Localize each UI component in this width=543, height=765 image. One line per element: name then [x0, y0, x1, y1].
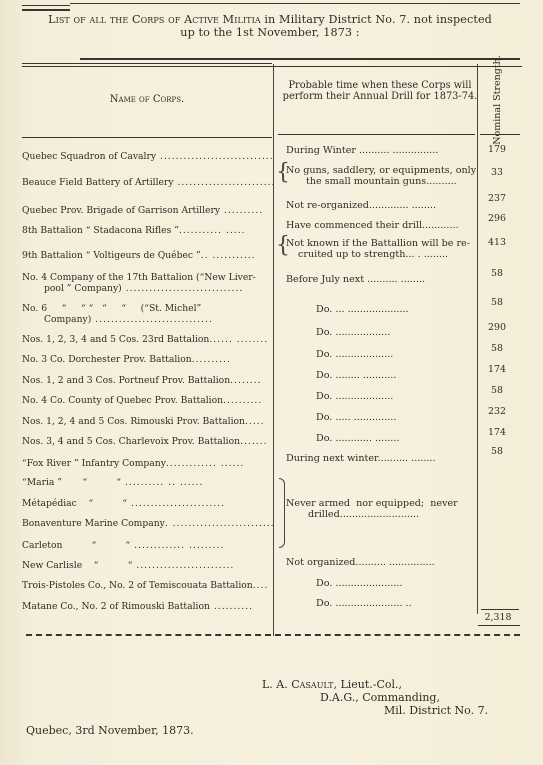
table-row-strength: 58 — [480, 446, 514, 457]
place-and-date: Quebec, 3rd November, 1873. — [26, 724, 194, 737]
table-bottom-rule — [26, 634, 520, 636]
table-row-name: Métapédiac “ “ ........................ — [22, 498, 274, 509]
header-bottom-rule — [480, 134, 520, 135]
table-row-strength: 58 — [480, 385, 514, 396]
table-row-strength: 290 — [480, 322, 514, 333]
header-nominal-strength: Nominal Strength. — [478, 64, 518, 136]
table-row-time: During next winter.......... ........ — [286, 453, 476, 464]
table-row-name: pool ” Company) ........................… — [22, 283, 274, 294]
table-row-name: Nos. 1, 2, 4 and 5 Cos. Rimouski Prov. B… — [22, 416, 274, 427]
table-row-time: Have commenced their drill............ — [286, 220, 476, 231]
table-row-time: During Winter .......... ............... — [286, 145, 476, 156]
table-row-name: Nos. 1, 2 and 3 Cos. Portneuf Prov. Batt… — [22, 375, 274, 386]
table-row-time: Not re-organized............. ........ — [286, 200, 476, 211]
table-row-strength: 174 — [480, 364, 514, 375]
table-row-time: Do. ................... — [286, 391, 476, 402]
table-row-name: Bonaventure Marine Company. ............… — [22, 518, 274, 529]
table-row-strength: 232 — [480, 406, 514, 417]
table-row-time: Never armed nor equipped; never — [286, 498, 476, 509]
table-row-strength: 237 — [480, 193, 514, 204]
document-title: List of all the Corps of Active Militia … — [20, 13, 520, 39]
top-rule — [70, 3, 520, 4]
table-row-name: No. 3 Co. Dorchester Prov. Battalion....… — [22, 354, 274, 365]
table-row-name: “Fox River ” Infantry Company...........… — [22, 458, 274, 469]
header-top-rule — [22, 66, 522, 67]
top-rule — [22, 9, 70, 11]
header-top-rule — [22, 63, 272, 64]
table-row-name: No. 4 Co. County of Quebec Prov. Battali… — [22, 395, 274, 406]
table-row-name: Carleton “ “ ............. ......... — [22, 540, 274, 551]
table-row-name: Matane Co., No. 2 of Rimouski Battalion … — [22, 601, 274, 612]
title-line2: up to the 1st November, 1873 : — [180, 26, 359, 39]
table-row-time: Do. ..... .............. — [286, 412, 476, 423]
table-row-strength: 179 — [480, 144, 514, 155]
table-row-time: No guns, saddlery, or equipments, only — [286, 165, 476, 176]
table-row-strength: 58 — [480, 343, 514, 354]
table-row-name: Trois-Pistoles Co., No. 2 of Temiscouata… — [22, 580, 274, 591]
bracket — [279, 478, 285, 548]
top-rule — [22, 5, 70, 6]
table-row-strength: 296 — [480, 213, 514, 224]
table-row-strength: 413 — [480, 237, 514, 248]
table-row-name: Nos. 3, 4 and 5 Cos. Charlevoix Prov. Ba… — [22, 436, 274, 447]
table-row-name: Beauce Field Battery of Artillery ......… — [22, 177, 274, 188]
table-row-name: Quebec Prov. Brigade of Garrison Artille… — [22, 205, 274, 216]
table-row-time: Do. ... .................... — [286, 304, 476, 315]
table-row-time: Not organized.......... ............... — [286, 557, 476, 568]
table-row-name: Quebec Squadron of Cavalry .............… — [22, 151, 274, 162]
column-divider — [477, 64, 478, 614]
table-row-name: No. 6 “ “ “ “ “ (“St. Michel” — [22, 303, 274, 314]
total-rule — [478, 625, 520, 626]
total-rule — [481, 609, 519, 610]
table-row-strength: 174 — [480, 427, 514, 438]
table-row-time: Before July next .......... ........ — [286, 274, 476, 285]
table-row-name: Company) .............................. — [22, 314, 274, 325]
table-row-time: cruited up to strength... . ........ — [286, 249, 476, 260]
table-row-time: Not known if the Battallion will be re- — [286, 238, 476, 249]
header-bottom-rule — [22, 137, 272, 138]
table-row-name: No. 4 Company of the 17th Battalion (“Ne… — [22, 272, 274, 283]
table-row-name: 8th Battalion “ Stadacona Rifles ”......… — [22, 225, 274, 236]
table-row-name: 9th Battalion “ Voltigeurs de Québec ”..… — [22, 250, 274, 261]
signature-line1: L. A. Casault, Lieut.-Col., — [262, 678, 402, 691]
table-row-time: Do. ...................... .. — [286, 598, 476, 609]
table-row-time: Not organizedDo. ...................... — [286, 578, 476, 589]
table-row-time: Do. ................... — [286, 349, 476, 360]
header-probable-time: Probable time when these Corps will perf… — [282, 80, 478, 102]
table-row-name: New Carlisle “ “ .......................… — [22, 560, 274, 571]
table-row-time: Do. ........ ........... — [286, 370, 476, 381]
header-bottom-rule — [278, 134, 475, 135]
table-row-name: “Maria ” “ “ .......... .. ...... — [22, 477, 274, 488]
total-strength: 2,318 — [480, 612, 516, 623]
header-name-of-corps: Name of Corps. — [22, 94, 272, 105]
table-row-strength: 33 — [480, 167, 514, 178]
header-top-rule — [80, 58, 520, 60]
signature-line3: Mil. District No. 7. — [384, 704, 488, 717]
title-rest: in Military District No. 7. not inspecte… — [261, 13, 492, 26]
document-page: List of all the Corps of Active Militia … — [0, 0, 543, 765]
table-row-time: drilled.......................... — [286, 509, 476, 520]
table-row-strength: 58 — [480, 268, 514, 279]
table-row-time: the small mountain guns.......... — [286, 176, 476, 187]
table-row-name: Nos. 1, 2, 3, 4 and 5 Cos. 23rd Battalio… — [22, 334, 274, 345]
title-smallcaps: List of all the Corps of Active Militia — [48, 13, 261, 26]
table-row-time: Do. ............ ........ — [286, 433, 476, 444]
signature-line2: D.A.G., Commanding, — [320, 691, 440, 704]
table-row-time: Do. .................. — [286, 327, 476, 338]
table-row-strength: 58 — [480, 297, 514, 308]
